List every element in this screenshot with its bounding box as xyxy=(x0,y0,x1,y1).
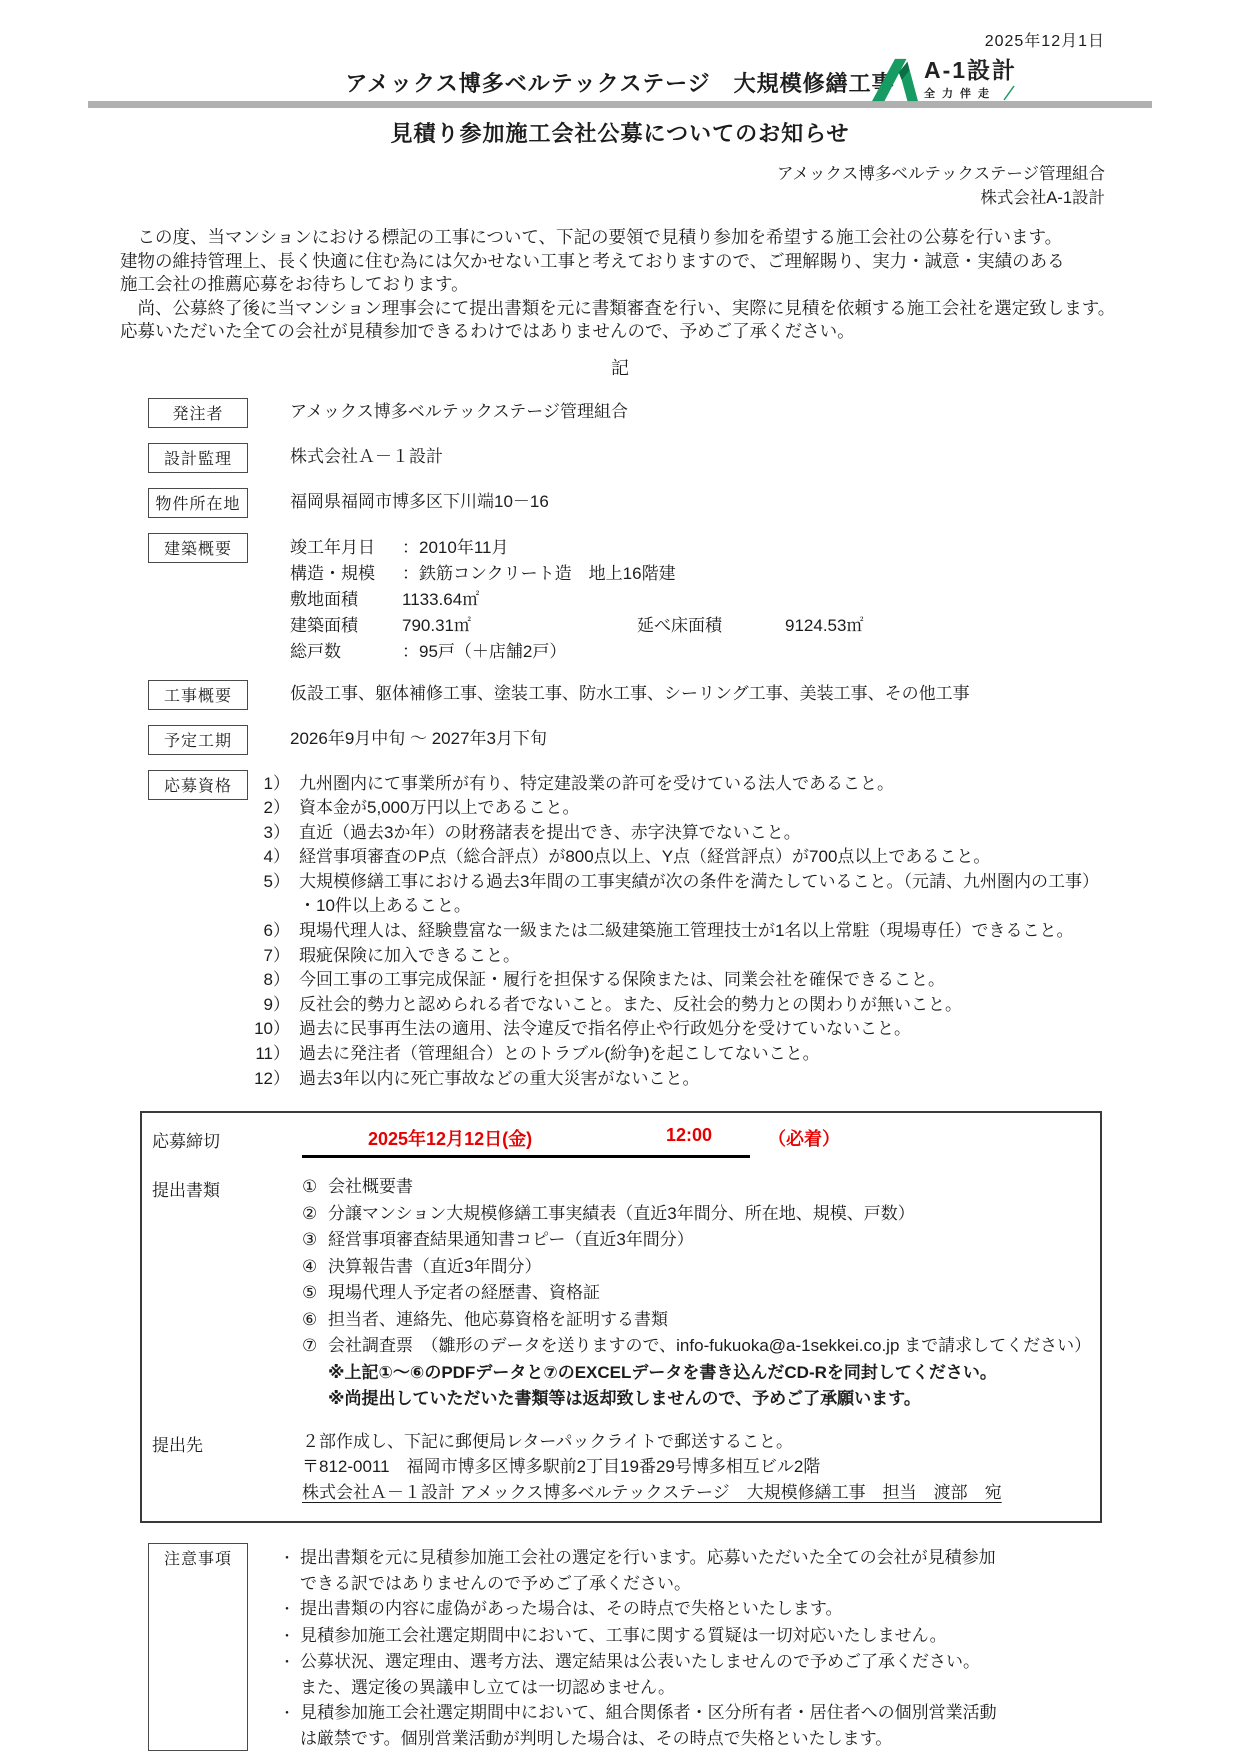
notice-text: 提出書類を元に見積参加施工会社の選定を行います。応募いただいた全ての会社が見積参… xyxy=(300,1545,996,1571)
document-page: 2025年12月1日 A-1設計 全力伴走 アメックス博多ベルテックステージ 大… xyxy=(0,0,1240,1754)
row-eligibility: 応募資格 1）九州圏内にて事業所が有り、特定建設業の許可を受けている法人であるこ… xyxy=(148,770,1240,1092)
owner-label: 発注者 xyxy=(148,398,248,428)
item-number: 12） xyxy=(250,1067,290,1092)
item-number: ② xyxy=(302,1201,328,1228)
item-text: 現場代理人は、経験豊富な一級または二級建築施工管理技士が1名以上常駐（現場専任）… xyxy=(299,919,1073,944)
submission-label: 提出先 xyxy=(152,1429,302,1456)
item-number: 8） xyxy=(250,968,290,993)
eligibility-label: 応募資格 xyxy=(148,770,248,800)
eligibility-item: 4）経営事項審査のP点（総合評点）が800点以上、Y点（経営評点）が700点以上… xyxy=(250,845,1099,870)
bullet-icon: ・ xyxy=(280,1649,300,1700)
record-mark: 記 xyxy=(0,354,1240,380)
notice-text: 提出書類の内容に虚偽があった場合は、その時点で失格といたします。 xyxy=(300,1596,842,1622)
building-label: 建築概要 xyxy=(148,533,248,563)
eligibility-item: 10）過去に民事再生法の適用、法令違反で指名停止や行政処分を受けていないこと。 xyxy=(250,1017,1099,1042)
item-text: 直近（過去3か年）の財務諸表を提出でき、赤字決算でないこと。 xyxy=(299,821,801,846)
notice-text: 見積参加施工会社選定期間中において、工事に関する質疑は一切対応いたしません。 xyxy=(300,1623,947,1649)
item-number: 7） xyxy=(250,944,290,969)
building-key: 竣工年月日 xyxy=(290,535,402,561)
documents-label: 提出書類 xyxy=(152,1174,302,1201)
eligibility-item: 3）直近（過去3か年）の財務諸表を提出でき、赤字決算でないこと。 xyxy=(250,821,1099,846)
row-work-overview: 工事概要 仮設工事、躯体補修工事、塗装工事、防水工事、シーリング工事、美装工事、… xyxy=(148,680,1240,710)
item-text: 会社概要書 xyxy=(328,1174,413,1201)
building-row: 総戸数：95戸（＋店舗2戸） xyxy=(290,639,863,665)
item-text: 瑕疵保険に加入できること。 xyxy=(299,944,520,969)
notices-section: 注意事項 ・ 提出書類を元に見積参加施工会社の選定を行います。応募いただいた全て… xyxy=(148,1543,1240,1751)
eligibility-item-continuation: ・10件以上あること。 xyxy=(250,894,1099,919)
bullet-icon: ・ xyxy=(280,1623,300,1650)
item-text: 大規模修繕工事における過去3年間の工事実績が次の条件を満たしていること。（元請、… xyxy=(299,870,1099,895)
item-text: 資本金が5,000万円以上であること。 xyxy=(299,796,580,821)
eligibility-item: 5）大規模修繕工事における過去3年間の工事実績が次の条件を満たしていること。（元… xyxy=(250,870,1099,895)
logo-text-block: A-1設計 全力伴走 xyxy=(924,58,1017,105)
item-text: 分譲マンション大規模修繕工事実績表（直近3年間分、所在地、規模、戸数） xyxy=(328,1201,915,1228)
submission-lines: ２部作成し、下記に郵便局レターパックライトで郵送すること。 〒812-0011 … xyxy=(302,1429,1002,1506)
intro-line: この度、当マンションにおける標記の工事について、下記の要領で見積り参加を希望する… xyxy=(120,226,1120,250)
item-number: ④ xyxy=(302,1254,328,1281)
document-item: ⑤現場代理人予定者の経歴書、資格証 xyxy=(302,1280,1091,1307)
period-label: 予定工期 xyxy=(148,725,248,755)
item-number: 2） xyxy=(250,796,290,821)
eligibility-item: 6）現場代理人は、経験豊富な一級または二級建築施工管理技士が1名以上常駐（現場専… xyxy=(250,919,1099,944)
row-owner: 発注者 アメックス博多ベルテックステージ管理組合 xyxy=(148,398,1240,428)
item-number: ⑦ xyxy=(302,1333,328,1360)
submission-addressee: 株式会社Ａ－１設計 アメックス博多ベルテックステージ 大規模修繕工事 担当 渡部… xyxy=(302,1480,1002,1506)
item-text: 反社会的勢力と認められる者でないこと。また、反社会的勢力との関わりが無いこと。 xyxy=(299,993,962,1018)
submission-row: 提出先 ２部作成し、下記に郵便局レターパックライトで郵送すること。 〒812-0… xyxy=(152,1429,1100,1506)
intro-paragraph: この度、当マンションにおける標記の工事について、下記の要領で見積り参加を希望する… xyxy=(120,226,1120,344)
building-row: 竣工年月日：2010年11月 xyxy=(290,535,863,561)
item-number: ⑥ xyxy=(302,1307,328,1334)
documents-list: ①会社概要書 ②分譲マンション大規模修繕工事実績表（直近3年間分、所在地、規模、… xyxy=(302,1174,1091,1413)
item-number: ① xyxy=(302,1174,328,1201)
building-key: 建築面積 xyxy=(290,613,402,639)
document-item: ③経営事項審査結果通知書コピー（直近3年間分） xyxy=(302,1227,1091,1254)
item-text: 九州圏内にて事業所が有り、特定建設業の許可を受けている法人であること。 xyxy=(299,772,894,797)
document-title: アメックス博多ベルテックステージ 大規模修繕工事 xyxy=(0,67,1240,98)
location-label: 物件所在地 xyxy=(148,488,248,518)
notice-text: また、選定後の異議申し立ては一切認めません。 xyxy=(300,1675,980,1701)
bullet-icon: ・ xyxy=(280,1545,300,1596)
row-building-overview: 建築概要 竣工年月日：2010年11月 構造・規模：鉄筋コンクリート造 地上16… xyxy=(148,533,1240,665)
item-number: 10） xyxy=(250,1017,290,1042)
item-number: ③ xyxy=(302,1227,328,1254)
deadline-date: 2025年12月12日(金) xyxy=(368,1125,532,1151)
item-number: 11） xyxy=(250,1042,290,1067)
deadline-row: 応募締切 2025年12月12日(金) 12:00 （必着） xyxy=(152,1125,1100,1158)
document-item: ①会社概要書 xyxy=(302,1174,1091,1201)
eligibility-item: 12）過去3年以内に死亡事故などの重大災害がないこと。 xyxy=(250,1067,1099,1092)
notice-text: 見積参加施工会社選定期間中において、組合関係者・区分所有者・居住者への個別営業活… xyxy=(300,1700,997,1726)
item-text: 担当者、連絡先、他応募資格を証明する書類 xyxy=(328,1307,668,1334)
intro-line: 建物の維持管理上、長く快適に住む為には欠かせない工事と考えておりますので、ご理解… xyxy=(120,250,1120,274)
submission-address: 〒812-0011 福岡市博多区博多駅前2丁目19番29号博多相互ビル2階 xyxy=(302,1454,1002,1480)
logo-company-name: A-1設計 xyxy=(924,58,1017,82)
issuer-company: 株式会社A-1設計 xyxy=(0,186,1105,210)
intro-line: 施工会社の推薦応募をお待ちしております。 xyxy=(120,273,1120,297)
item-text: 決算報告書（直近3年間分） xyxy=(328,1254,541,1281)
building-value: 790.31㎡ xyxy=(402,613,637,639)
notice-item: ・ 公募状況、選定理由、選考方法、選定結果は公表いたしませんので予めご了承くださ… xyxy=(280,1649,997,1700)
item-text: 現場代理人予定者の経歴書、資格証 xyxy=(328,1280,600,1307)
a1-logo-icon xyxy=(872,58,918,107)
issuer-association: アメックス博多ベルテックステージ管理組合 xyxy=(0,162,1105,186)
row-period: 予定工期 2026年9月中旬 ～ 2027年3月下旬 xyxy=(148,725,1240,755)
deadline-underline: 2025年12月12日(金) 12:00 xyxy=(302,1125,750,1158)
item-text: 経営事項審査のP点（総合評点）が800点以上、Y点（経営評点）が700点以上であ… xyxy=(299,845,990,870)
item-number: 4） xyxy=(250,845,290,870)
document-item: ②分譲マンション大規模修繕工事実績表（直近3年間分、所在地、規模、戸数） xyxy=(302,1201,1091,1228)
company-logo: A-1設計 全力伴走 xyxy=(872,58,1017,107)
item-number-spacer xyxy=(250,894,290,919)
notice-item: ・ 提出書類の内容に虚偽があった場合は、その時点で失格といたします。 xyxy=(280,1596,997,1623)
bullet-icon: ・ xyxy=(280,1700,300,1751)
item-text: ・10件以上あること。 xyxy=(299,894,471,919)
notices-label: 注意事項 xyxy=(148,1543,248,1751)
building-key: 総戸数 xyxy=(290,639,402,665)
eligibility-item: 11）過去に発注者（管理組合）とのトラブル(紛争)を起こしてないこと。 xyxy=(250,1042,1099,1067)
building-row: 敷地面積1133.64㎡ xyxy=(290,587,863,613)
deadline-label: 応募締切 xyxy=(152,1125,302,1152)
eligibility-item: 7）瑕疵保険に加入できること。 xyxy=(250,944,1099,969)
building-value: 1133.64㎡ xyxy=(402,590,479,609)
building-row: 構造・規模：鉄筋コンクリート造 地上16階建 xyxy=(290,561,863,587)
document-item: ⑥担当者、連絡先、他応募資格を証明する書類 xyxy=(302,1307,1091,1334)
item-number: 1） xyxy=(250,772,290,797)
item-number: 9） xyxy=(250,993,290,1018)
building-row: 建築面積790.31㎡延べ床面積9124.53㎡ xyxy=(290,613,863,639)
item-text: 会社調査票 （雛形のデータを送りますので、info-fukuoka@a-1sek… xyxy=(328,1333,1091,1360)
document-item: ⑦会社調査票 （雛形のデータを送りますので、info-fukuoka@a-1se… xyxy=(302,1333,1091,1360)
row-location: 物件所在地 福岡県福岡市博多区下川端10－16 xyxy=(148,488,1240,518)
notice-item: ・ 見積参加施工会社選定期間中において、組合関係者・区分所有者・居住者への個別営… xyxy=(280,1700,997,1751)
item-text: 経営事項審査結果通知書コピー（直近3年間分） xyxy=(328,1227,694,1254)
deadline-time: 12:00 xyxy=(666,1125,712,1151)
item-number: ⑤ xyxy=(302,1280,328,1307)
documents-note-no-return: ※尚提出していただいた書類等は返却致しませんので、予めご了承願います。 xyxy=(328,1386,1091,1413)
work-value: 仮設工事、躯体補修工事、塗装工事、防水工事、シーリング工事、美装工事、その他工事 xyxy=(290,680,970,706)
building-key: 敷地面積 xyxy=(290,587,402,613)
building-rows: 竣工年月日：2010年11月 構造・規模：鉄筋コンクリート造 地上16階建 敷地… xyxy=(290,533,863,665)
architect-value: 株式会社Ａ－１設計 xyxy=(290,443,443,469)
documents-note-cdr: ※上記①～⑥のPDFデータと⑦のEXCELデータを書き込んだCD-Rを同封してく… xyxy=(328,1360,1091,1387)
document-item: ④決算報告書（直近3年間分） xyxy=(302,1254,1091,1281)
notice-item: ・ 見積参加施工会社選定期間中において、工事に関する質疑は一切対応いたしません。 xyxy=(280,1623,997,1650)
building-value: ：95戸（＋店舗2戸） xyxy=(402,642,566,661)
document-date: 2025年12月1日 xyxy=(0,0,1240,51)
bullet-icon: ・ xyxy=(280,1596,300,1623)
item-number: 3） xyxy=(250,821,290,846)
logo-slash-icon xyxy=(1002,85,1016,105)
row-architect: 設計監理 株式会社Ａ－１設計 xyxy=(148,443,1240,473)
building-key2: 延べ床面積 xyxy=(637,613,785,639)
deadline-note: （必着） xyxy=(768,1125,840,1151)
building-key: 構造・規模 xyxy=(290,561,402,587)
item-number: 6） xyxy=(250,919,290,944)
item-number: 5） xyxy=(250,870,290,895)
work-label: 工事概要 xyxy=(148,680,248,710)
notice-text: できる訳ではありませんので予めご了承ください。 xyxy=(300,1571,996,1597)
eligibility-item: 1）九州圏内にて事業所が有り、特定建設業の許可を受けている法人であること。 xyxy=(250,772,1099,797)
eligibility-item: 8）今回工事の工事完成保証・履行を担保する保険または、同業会社を確保できること。 xyxy=(250,968,1099,993)
document-subtitle: 見積り参加施工会社公募についてのお知らせ xyxy=(0,117,1240,148)
item-text: 今回工事の工事完成保証・履行を担保する保険または、同業会社を確保できること。 xyxy=(299,968,945,993)
item-text: 過去に民事再生法の適用、法令違反で指名停止や行政処分を受けていないこと。 xyxy=(299,1017,911,1042)
issuer-block: アメックス博多ベルテックステージ管理組合 株式会社A-1設計 xyxy=(0,162,1240,210)
item-text: 過去に発注者（管理組合）とのトラブル(紛争)を起こしてないこと。 xyxy=(299,1042,820,1067)
eligibility-item: 9）反社会的勢力と認められる者でないこと。また、反社会的勢力との関わりが無いこと… xyxy=(250,993,1099,1018)
application-box: 応募締切 2025年12月12日(金) 12:00 （必着） 提出書類 ①会社概… xyxy=(140,1111,1102,1523)
documents-row: 提出書類 ①会社概要書 ②分譲マンション大規模修繕工事実績表（直近3年間分、所在… xyxy=(152,1174,1100,1413)
eligibility-list: 1）九州圏内にて事業所が有り、特定建設業の許可を受けている法人であること。 2）… xyxy=(250,770,1099,1092)
item-text: 過去3年以内に死亡事故などの重大災害がないこと。 xyxy=(299,1067,699,1092)
intro-line: 応募いただいた全ての会社が見積参加できるわけではありませんので、予めご了承くださ… xyxy=(120,320,1120,344)
notice-item: ・ 提出書類を元に見積参加施工会社の選定を行います。応募いただいた全ての会社が見… xyxy=(280,1545,997,1596)
location-value: 福岡県福岡市博多区下川端10－16 xyxy=(290,488,549,514)
eligibility-item: 2）資本金が5,000万円以上であること。 xyxy=(250,796,1099,821)
period-value: 2026年9月中旬 ～ 2027年3月下旬 xyxy=(290,725,547,751)
detail-rows: 発注者 アメックス博多ベルテックステージ管理組合 設計監理 株式会社Ａ－１設計 … xyxy=(148,398,1240,1092)
notice-text: は厳禁です。個別営業活動が判明した場合は、その時点で失格といたします。 xyxy=(300,1726,997,1752)
architect-label: 設計監理 xyxy=(148,443,248,473)
intro-line: 尚、公募終了後に当マンション理事会にて提出書類を元に書類審査を行い、実際に見積を… xyxy=(120,297,1120,321)
notices-list: ・ 提出書類を元に見積参加施工会社の選定を行います。応募いただいた全ての会社が見… xyxy=(280,1543,997,1751)
logo-tagline: 全力伴走 xyxy=(924,89,996,101)
submission-instruction: ２部作成し、下記に郵便局レターパックライトで郵送すること。 xyxy=(302,1429,1002,1455)
building-value: ：鉄筋コンクリート造 地上16階建 xyxy=(402,564,676,583)
notice-text: 公募状況、選定理由、選考方法、選定結果は公表いたしませんので予めご了承ください。 xyxy=(300,1649,980,1675)
owner-value: アメックス博多ベルテックステージ管理組合 xyxy=(290,398,628,424)
building-value: ：2010年11月 xyxy=(402,538,508,557)
building-value2: 9124.53㎡ xyxy=(785,616,863,635)
